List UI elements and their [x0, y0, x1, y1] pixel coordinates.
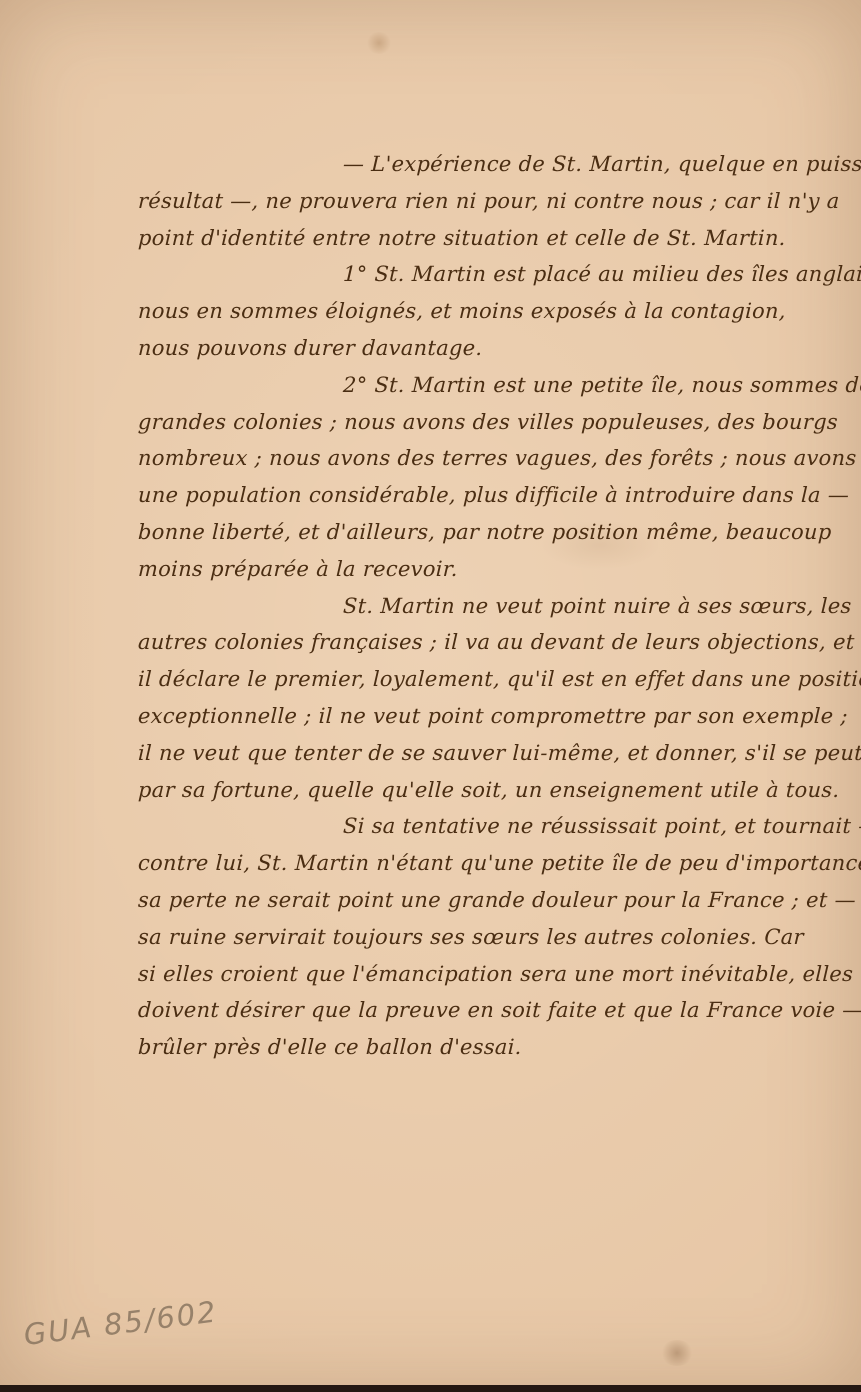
manuscript-line: résultat —, ne prouvera rien ni pour, ni…	[137, 183, 851, 220]
manuscript-line: bonne liberté, et d'ailleurs, par notre …	[137, 514, 851, 551]
manuscript-line: contre lui, St. Martin n'étant qu'une pe…	[137, 845, 851, 882]
manuscript-line: brûler près d'elle ce ballon d'essai.	[137, 1029, 851, 1066]
manuscript-line: par sa fortune, quelle qu'elle soit, un …	[137, 772, 851, 809]
manuscript-line: St. Martin ne veut point nuire à ses sœu…	[137, 588, 851, 625]
manuscript-line: il déclare le premier, loyalement, qu'il…	[137, 661, 851, 698]
manuscript-line: nombreux ; nous avons des terres vagues,…	[137, 440, 851, 477]
manuscript-text-block: — L'expérience de St. Martin, quelque en…	[138, 146, 851, 1066]
manuscript-line: une population considérable, plus diffic…	[137, 477, 851, 514]
manuscript-line: point d'identité entre notre situation e…	[137, 220, 851, 257]
manuscript-line: nous pouvons durer davantage.	[137, 330, 851, 367]
manuscript-line: autres colonies françaises ; il va au de…	[137, 624, 851, 661]
manuscript-line: Si sa tentative ne réussissait point, et…	[137, 808, 851, 845]
manuscript-page: — L'expérience de St. Martin, quelque en…	[0, 0, 861, 1392]
manuscript-line: 2° St. Martin est une petite île, nous s…	[137, 367, 851, 404]
manuscript-line: doivent désirer que la preuve en soit fa…	[137, 992, 851, 1029]
manuscript-line: il ne veut que tenter de se sauver lui-m…	[137, 735, 851, 772]
manuscript-line: sa ruine servirait toujours ses sœurs le…	[137, 919, 851, 956]
manuscript-line: moins préparée à la recevoir.	[137, 551, 851, 588]
manuscript-line: exceptionnelle ; il ne veut point compro…	[137, 698, 851, 735]
archive-reference-pencil-note: GUA 85/602	[22, 1295, 219, 1352]
manuscript-line: — L'expérience de St. Martin, quelque en…	[137, 146, 851, 183]
scan-bottom-edge	[0, 1385, 861, 1392]
manuscript-line: grandes colonies ; nous avons des villes…	[137, 404, 851, 441]
manuscript-line: 1° St. Martin est placé au milieu des îl…	[137, 256, 851, 293]
paper-stain	[660, 1340, 694, 1366]
manuscript-line: si elles croient que l'émancipation sera…	[137, 956, 851, 993]
manuscript-line: sa perte ne serait point une grande doul…	[137, 882, 851, 919]
manuscript-line: nous en sommes éloignés, et moins exposé…	[137, 293, 851, 330]
paper-stain	[366, 32, 392, 54]
